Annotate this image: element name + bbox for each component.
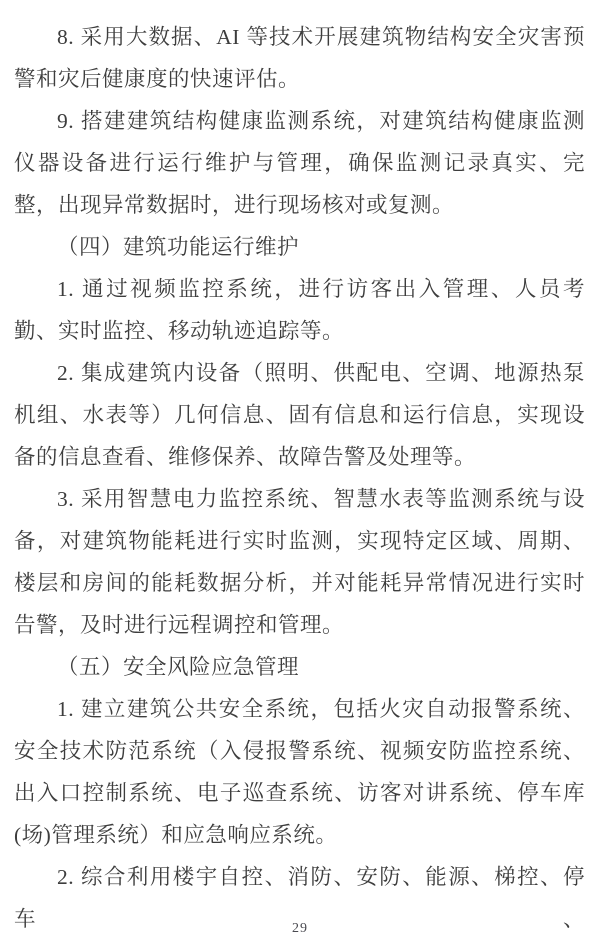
body-paragraph-5-1: 1. 建立建筑公共安全系统，包括火灾自动报警系统、安全技术防范系统（入侵报警系统… — [14, 688, 585, 856]
document-page: 8. 采用大数据、AI 等技术开展建筑物结构安全灾害预警和灾后健康度的快速评估。… — [0, 0, 600, 949]
page-number: 29 — [292, 921, 308, 936]
body-paragraph-8: 8. 采用大数据、AI 等技术开展建筑物结构安全灾害预警和灾后健康度的快速评估。 — [14, 16, 585, 100]
document-content: 8. 采用大数据、AI 等技术开展建筑物结构安全灾害预警和灾后健康度的快速评估。… — [0, 0, 600, 940]
page-footer: 29 — [0, 919, 600, 937]
section-heading-5: （五）安全风险应急管理 — [14, 646, 585, 688]
section-heading-4: （四）建筑功能运行维护 — [14, 226, 585, 268]
body-paragraph-4-1: 1. 通过视频监控系统，进行访客出入管理、人员考勤、实时监控、移动轨迹追踪等。 — [14, 268, 585, 352]
body-paragraph-4-3: 3. 采用智慧电力监控系统、智慧水表等监测系统与设备，对建筑物能耗进行实时监测，… — [14, 478, 585, 646]
body-paragraph-9: 9. 搭建建筑结构健康监测系统，对建筑结构健康监测仪器设备进行运行维护与管理，确… — [14, 100, 585, 226]
body-paragraph-4-2: 2. 集成建筑内设备（照明、供配电、空调、地源热泵机组、水表等）几何信息、固有信… — [14, 352, 585, 478]
